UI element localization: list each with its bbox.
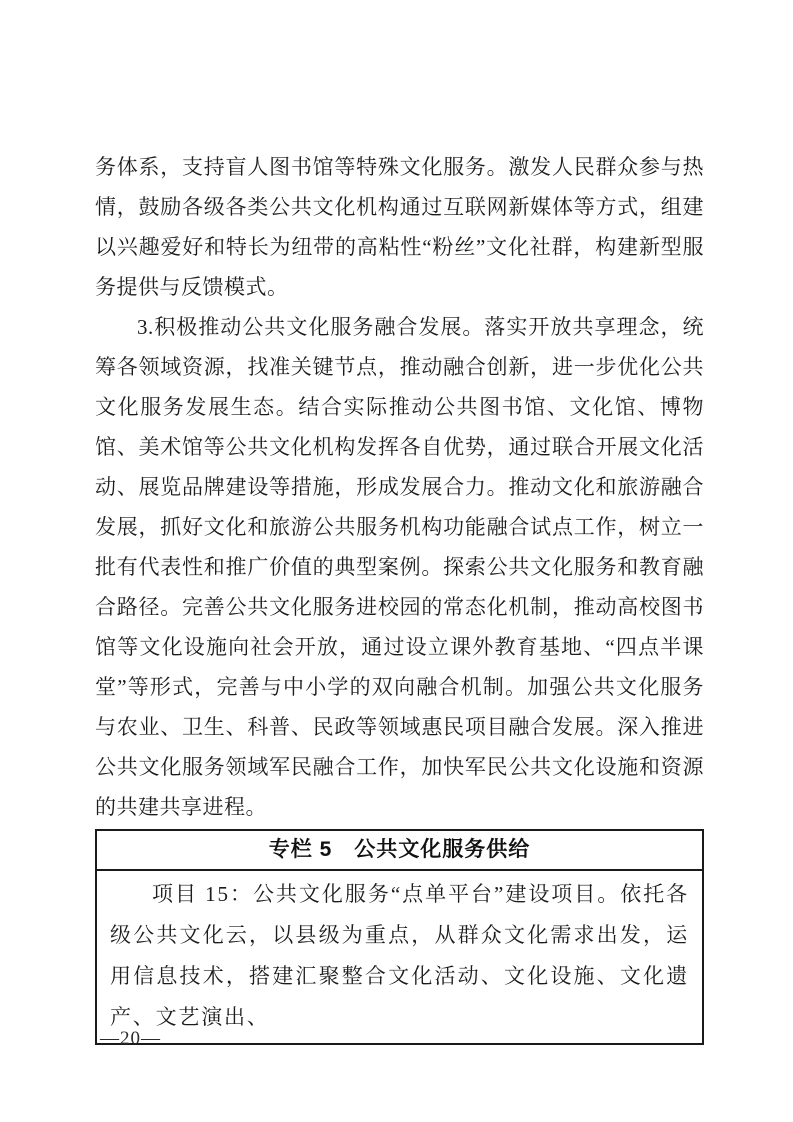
body-paragraph-item-3: 3.积极推动公共文化服务融合发展。落实开放共享理念，统筹各领域资源，找准关键节点…	[95, 307, 704, 827]
page-number: —20—	[100, 1028, 161, 1050]
callout-box-column-5: 专栏 5 公共文化服务供给 项目 15：公共文化服务“点单平台”建设项目。依托各…	[95, 829, 704, 1045]
document-page: 务体系，支持盲人图书馆等特殊文化服务。激发人民群众参与热情，鼓励各级各类公共文化…	[0, 0, 793, 1122]
callout-box-body: 项目 15：公共文化服务“点单平台”建设项目。依托各级公共文化云，以县级为重点，…	[97, 871, 702, 1043]
body-paragraph-continued: 务体系，支持盲人图书馆等特殊文化服务。激发人民群众参与热情，鼓励各级各类公共文化…	[95, 147, 704, 307]
callout-box-title: 专栏 5 公共文化服务供给	[97, 831, 702, 871]
page-content: 务体系，支持盲人图书馆等特殊文化服务。激发人民群众参与热情，鼓励各级各类公共文化…	[95, 147, 704, 1045]
